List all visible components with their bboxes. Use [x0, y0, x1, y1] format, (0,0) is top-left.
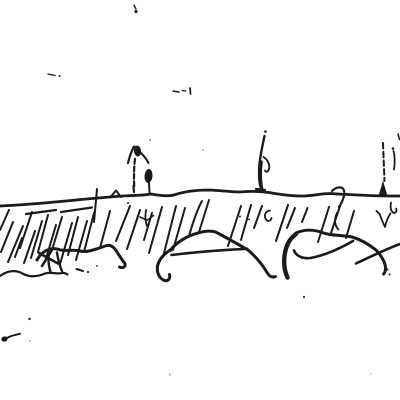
ink-stroke: [59, 75, 61, 77]
ink-stroke: [182, 91, 186, 92]
ink-stroke: [134, 186, 135, 192]
ink-stroke: [239, 216, 241, 218]
ink-stroke: [248, 219, 250, 221]
ink-stroke: [96, 265, 98, 267]
ink-stroke: [303, 296, 305, 298]
paper-background: [0, 0, 400, 400]
ink-stroke: [264, 130, 267, 133]
ink-stroke: [389, 274, 391, 276]
ink-stroke: [87, 271, 89, 273]
ink-stroke: [202, 149, 204, 151]
ink-stroke: [387, 269, 389, 271]
ink-stroke: [190, 88, 191, 94]
ink-stroke: [29, 340, 31, 342]
ink-stroke: [28, 318, 30, 320]
sketch-page: [0, 0, 400, 400]
ink-stroke: [370, 373, 372, 375]
ink-stroke: [392, 147, 395, 150]
ink-stroke: [256, 189, 265, 190]
ink-stroke: [127, 202, 129, 204]
ink-stroke: [169, 374, 171, 376]
ink-stroke: [134, 10, 137, 13]
bridge-sketch-canvas: [0, 0, 400, 400]
ink-stroke: [260, 162, 261, 189]
ink-stroke: [149, 139, 151, 141]
ink-stroke: [149, 183, 150, 193]
ink-stroke: [173, 91, 179, 92]
